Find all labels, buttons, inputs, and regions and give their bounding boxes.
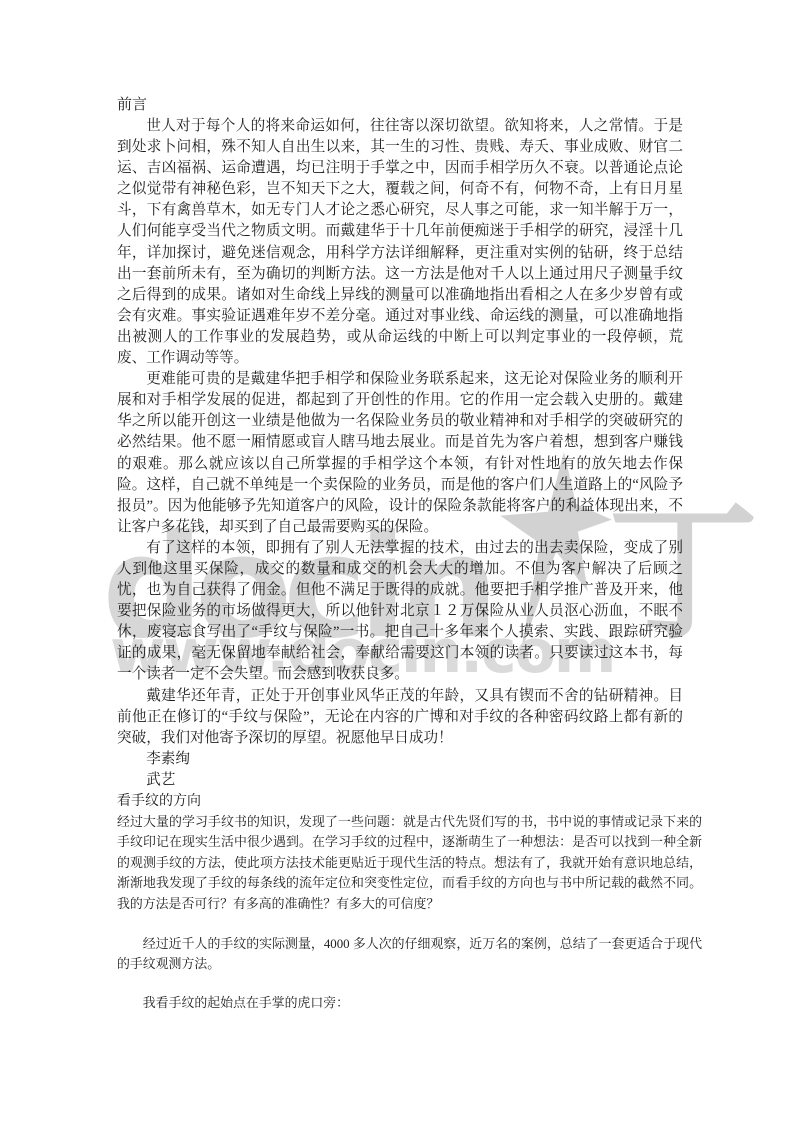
- preface-block: 世人对于每个人的将来命运如何，往往寄以深切欲望。欲知将来，人之常情。于是到处求卜…: [117, 116, 683, 791]
- section-paragraph-3: 我看手纹的起始点在手掌的虎口旁：: [117, 993, 702, 1013]
- section-paragraph-1: 经过大量的学习手纹书的知识，发现了一些问题：就是古代先贤们写的书，书中说的事情或…: [117, 812, 702, 914]
- preface-title: 前言: [117, 94, 702, 116]
- section-title: 看手纹的方向: [117, 791, 702, 812]
- section-paragraph-2: 经过近千人的手纹的实际测量，4000 多人次的仔细观察，近万名的案例，总结了一套…: [117, 934, 702, 975]
- preface-paragraph-4: 戴建华还年青，正处于开创事业风华正茂的年龄，又具有锲而不舍的钻研精神。目前他正在…: [117, 686, 683, 749]
- signature-name-1: 李素绚: [117, 749, 683, 770]
- document-body: 前言 世人对于每个人的将来命运如何，往往寄以深切欲望。欲知将来，人之常情。于是到…: [117, 94, 702, 1013]
- signature-name-2: 武艺: [117, 770, 683, 791]
- preface-paragraph-1: 世人对于每个人的将来命运如何，往往寄以深切欲望。欲知将来，人之常情。于是到处求卜…: [117, 116, 683, 369]
- preface-paragraph-3: 有了这样的本领，即拥有了别人无法掌握的技术，由过去的出去卖保险，变成了别人到他这…: [117, 538, 683, 686]
- document-page: docin 丁 www.docin.com 前言 世人对于每个人的将来命运如何，…: [0, 0, 793, 1122]
- preface-paragraph-2: 更难能可贵的是戴建华把手相学和保险业务联系起来，这无论对保险业务的顺利开展和对手…: [117, 369, 683, 538]
